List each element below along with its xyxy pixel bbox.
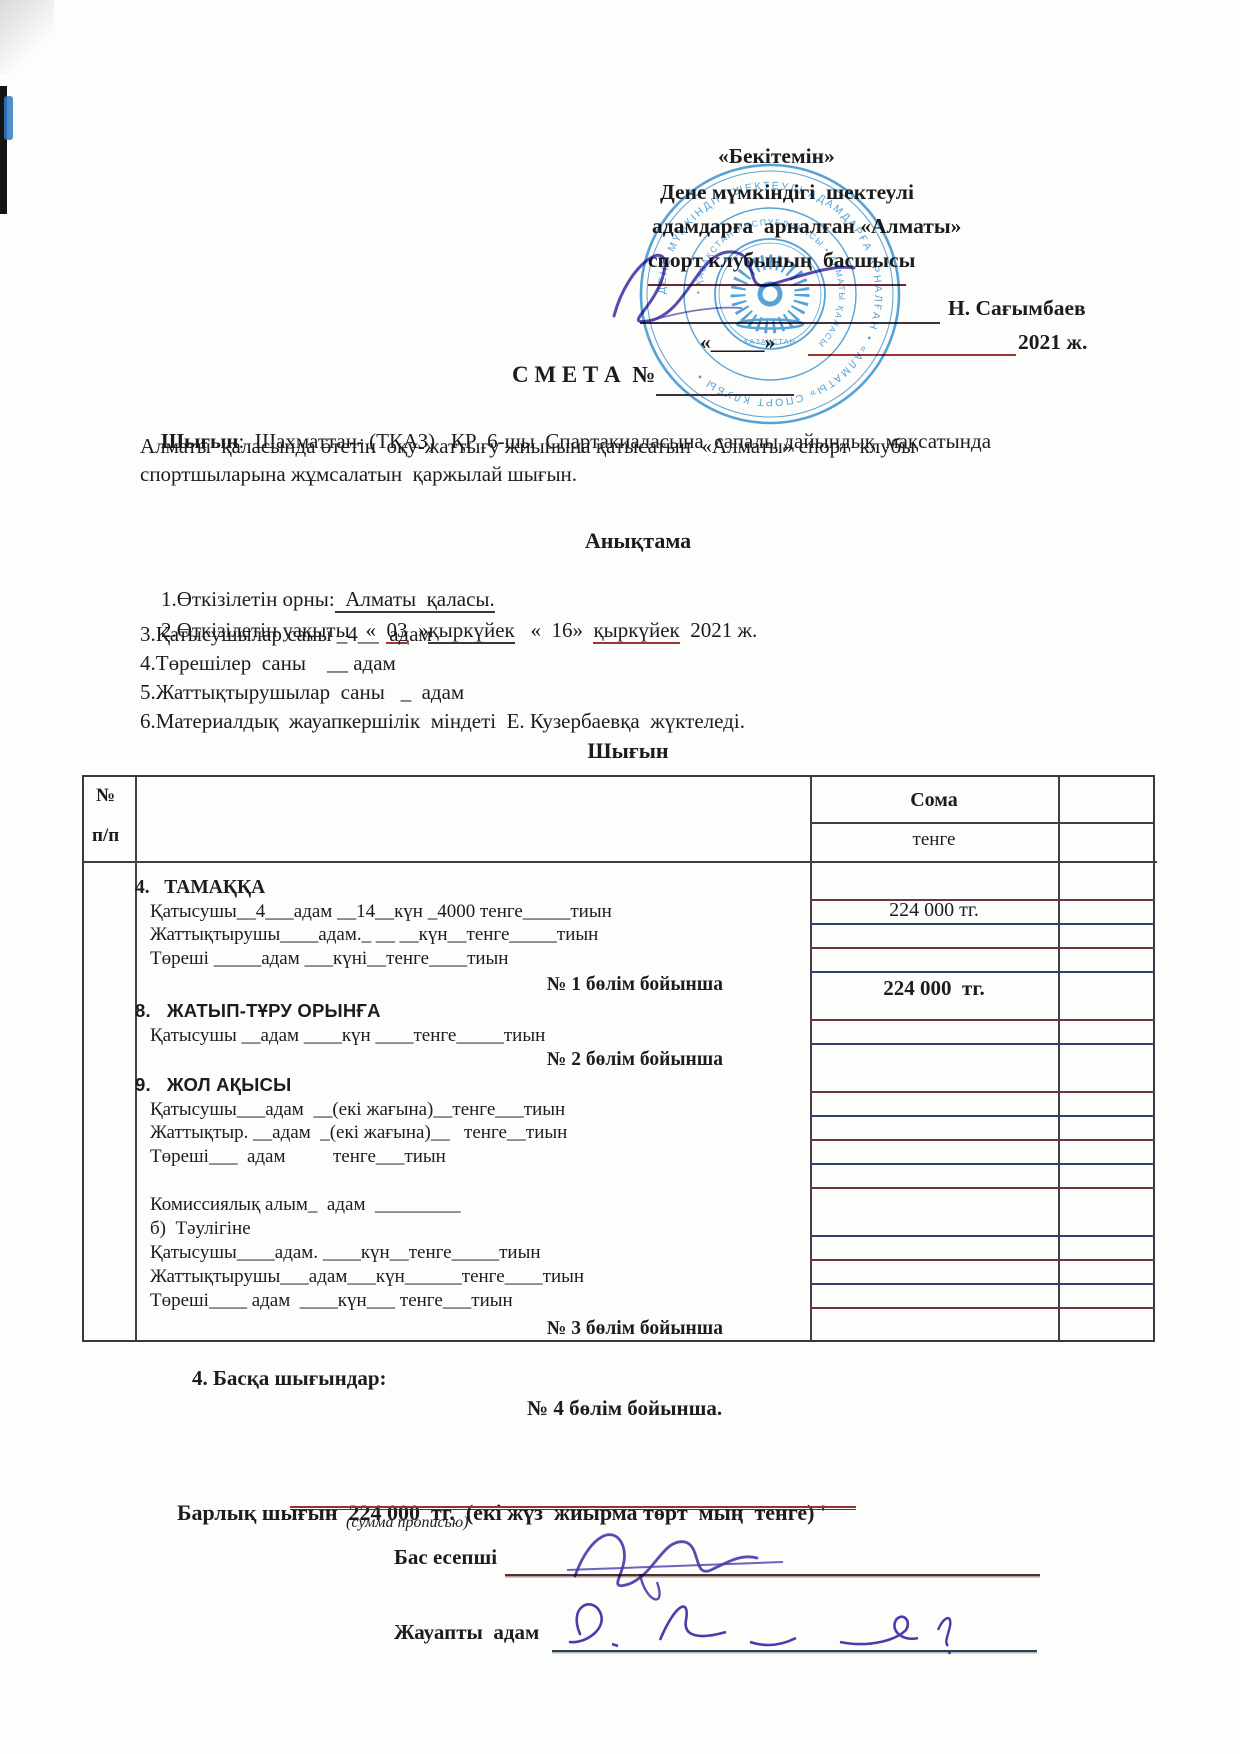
table-header-rule	[810, 822, 1155, 824]
table-header-currency: тенге	[810, 829, 1058, 851]
table-section-total-row: № 1 бөлім бойынша	[547, 973, 723, 996]
ref-item4: 4.Төрешілер саны __ адам	[140, 651, 396, 676]
other-expenses-heading: 4. Басқа шығындар:	[192, 1366, 387, 1391]
table-row: Қатысушы____адам. ____күн__тенге_____тиы…	[150, 1241, 541, 1264]
scan-corner-artifact	[0, 0, 54, 74]
table-rule-line	[810, 1043, 1155, 1045]
responsible-person-label: Жауапты адам	[394, 1620, 539, 1645]
table-section-total-row: № 3 бөлім бойынша	[547, 1317, 723, 1340]
table-rule-line	[810, 923, 1155, 925]
table-row: Қатысушы__4___адам __14__күн _4000 тенге…	[150, 900, 612, 923]
table-section-total-row: № 2 бөлім бойынша	[547, 1048, 723, 1071]
table-row: б) Тәулігіне	[150, 1217, 251, 1240]
ref-item3: 3.Қатысушылар саны _4__ адам	[140, 622, 432, 647]
table-row: 8. ЖАТЫП-ТҰРУ ОРЫНҒА	[135, 999, 381, 1022]
table-row: 9. ЖОЛ АҚЫСЫ	[135, 1073, 291, 1096]
table-row: 4. ТАМАҚҚА	[135, 876, 265, 899]
intro-line-3: спортшыларына жұмсалатын қаржылай шығын.	[140, 462, 577, 487]
total-underline-2	[290, 1509, 856, 1510]
ref-item2-q2: »	[572, 618, 593, 642]
director-signature	[592, 228, 892, 338]
amount-section-1-total: 224 000 тг.	[810, 975, 1058, 1001]
intro-line-2: Алматы қаласында өтетін оқу-жаттығу жиын…	[140, 434, 915, 459]
scan-edge-blue-artifact	[4, 96, 13, 140]
smeta-title: С М Е Т А №	[512, 362, 655, 388]
table-rule-line	[810, 1139, 1155, 1141]
approval-date-year: 2021 ж.	[1018, 330, 1087, 355]
table-row: Жаттықтырушы____адам._ __ __күн__тенге__…	[150, 923, 598, 946]
amount-food: 224 000 тг.	[810, 898, 1058, 922]
table-rule-line	[810, 947, 1155, 949]
table-row: Жаттықтыр. __адам _(екі жағына)__ тенге_…	[150, 1121, 567, 1144]
section-4-line: № 4 бөлім бойынша.	[527, 1396, 722, 1421]
table-rule-line	[810, 1091, 1155, 1093]
smeta-number-blank	[656, 394, 794, 396]
reference-title: Анықтама	[18, 528, 1240, 554]
table-row: Төреші___ адам тенге___тиын	[150, 1145, 446, 1168]
expense-table-title: Шығын	[8, 738, 1240, 764]
table-rule-line	[810, 1163, 1155, 1165]
table-row: Төреші____ адам ____күн___ тенге___тиын	[150, 1289, 513, 1312]
ref-item2-month2: қыркүйек	[593, 618, 679, 644]
responsible-person-signature	[540, 1586, 1010, 1662]
total-underline	[290, 1506, 856, 1508]
table-header-bottom-rule	[84, 861, 1157, 863]
ref-item6: 6.Материалдық жауапкершілік міндеті Е. К…	[140, 709, 745, 734]
table-row: Комиссиялық алым_ адам _________	[150, 1193, 461, 1216]
table-row: Қатысушы __адам ____күн ____тенге_____ти…	[150, 1024, 545, 1047]
chief-accountant-label: Бас есепші	[394, 1545, 497, 1570]
ref-item2-day2: 16	[551, 618, 572, 642]
table-row: Қатысушы___адам __(екі жағына)__тенге___…	[150, 1098, 565, 1121]
stamp-center-text: ҚАЗАҚСТАН	[744, 337, 796, 346]
table-row: Жаттықтырушы___адам___күн______тенге____…	[150, 1265, 584, 1288]
ref-item2-mid: «	[515, 618, 552, 642]
ref-item2-post: 2021 ж.	[680, 618, 758, 642]
table-rule-line	[810, 1307, 1155, 1309]
expense-table: № п/п Сома тенге 4. ТАМАҚҚА Қатысушы__4_…	[82, 775, 1155, 1342]
table-header-sum: Сома	[810, 789, 1058, 812]
table-rule-line	[810, 1187, 1155, 1189]
total-label: Барлық шығын	[177, 1500, 338, 1525]
table-rule-line	[810, 1019, 1155, 1021]
table-rule-line	[810, 971, 1155, 973]
total-note: (сумма прописью)	[346, 1514, 468, 1532]
scanned-document-page: «Бекітемін» Дене мүмкіндігі шектеулі ада…	[0, 0, 1240, 1754]
table-header-no2: п/п	[92, 825, 119, 847]
ref-item2-month1: қыркүйек	[428, 618, 514, 644]
approval-signer-name: Н. Сағымбаев	[948, 296, 1086, 321]
table-rule-line	[810, 1283, 1155, 1285]
table-rule-line	[810, 1115, 1155, 1117]
table-row: Төреші _____адам ___күні__тенге____тиын	[150, 947, 508, 970]
table-rule-line	[810, 1235, 1155, 1237]
table-rule-line	[810, 1259, 1155, 1261]
table-header-no: №	[96, 785, 115, 807]
ref-item5: 5.Жаттықтырушылар саны _ адам	[140, 680, 464, 705]
